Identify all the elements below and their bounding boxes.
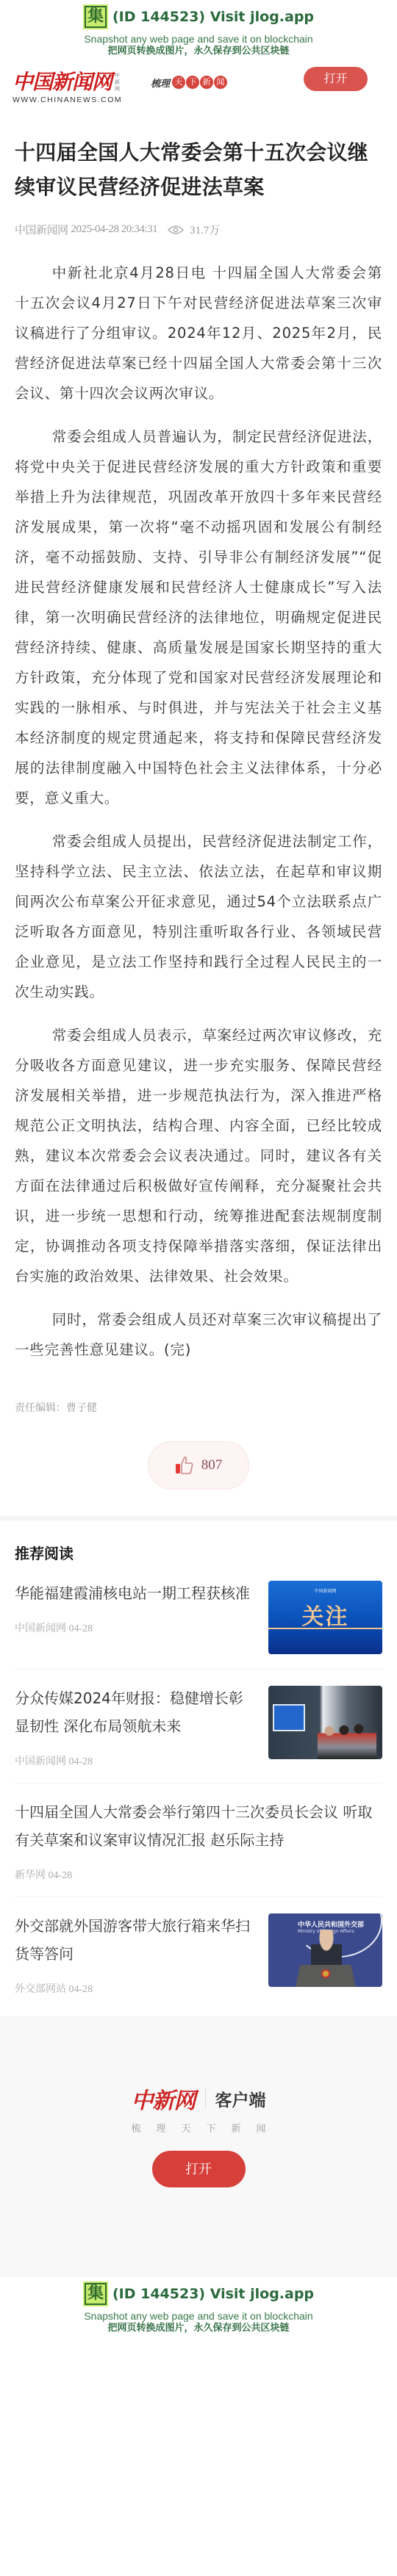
news-source: 中国新闻网 (15, 1623, 66, 1634)
news-item[interactable]: 分众传媒2024年财报：稳健增长彰显韧性 深化布局领航未来 中国新闻网 04-2… (15, 1670, 382, 1783)
footer-logo: 中新网 (132, 2082, 196, 2115)
thumb-cn-text: 中华人民共和国外交部 (298, 1919, 364, 1929)
slogan-char: 闻 (214, 76, 227, 89)
open-app-button-top[interactable]: 打开 (304, 67, 368, 91)
jlog-id-text: (ID 144523) Visit jlog.app (112, 2286, 314, 2302)
slogan-char: 理 (156, 2121, 165, 2135)
slogan-prefix: 梳理 (151, 76, 170, 90)
news-thumbnail[interactable]: 中华人民共和国外交部 Ministry of Foreign Affairs (268, 1913, 382, 1987)
slogan-char: 新 (200, 76, 213, 89)
slogan-char: 天 (181, 2121, 190, 2135)
jlog-cn-text: 把网页转换成图片，永久保存到公共区块链 (0, 45, 397, 57)
news-headline[interactable]: 华能福建霞浦核电站一期工程获核准 (15, 1579, 252, 1607)
eye-icon (168, 225, 184, 235)
jlog-banner-top: 集 (ID 144523) Visit jlog.app Snapshot an… (0, 0, 397, 59)
paragraph: 同时，常委会组成人员还对草案三次审议稿提出了一些完善性意见建议。(完) (15, 1305, 382, 1365)
chinanews-logo[interactable]: 中国新闻网 中新网 WWW.CHINANEWS.COM (12, 71, 130, 104)
footer-app-label: 客户端 (215, 2087, 266, 2111)
jlog-cn-text: 把网页转换成图片，永久保存到公共区块链 (0, 2322, 397, 2334)
section-divider (0, 1516, 397, 1520)
jlog-en-text: Snapshot any web page and save it on blo… (0, 33, 397, 45)
article-meta: 中国新闻网 2025-04-28 20:34:31 31.7万 (15, 222, 382, 237)
article-datetime: 2025-04-28 20:34:31 (71, 223, 158, 236)
news-thumbnail[interactable]: 中国新闻网 关注 (268, 1581, 382, 1654)
thumb-people (318, 1719, 376, 1759)
slogan-char: 梳 (131, 2121, 140, 2135)
article-source: 中国新闻网 (15, 222, 68, 237)
news-meta: 中国新闻网 04-28 (15, 1753, 252, 1768)
open-app-button-bottom[interactable]: 打开 (152, 2151, 246, 2187)
article-body: 中新社北京4月28日电 十四届全国人大常委会第十五次会议4月27日下午对民营经济… (15, 258, 382, 1365)
slogan-char: 下 (186, 76, 199, 89)
paragraph: 常委会组成人员提出，民营经济促进法制定工作，坚持科学立法、民主立法、依法立法，在… (15, 826, 382, 1007)
news-date: 04-28 (69, 1984, 93, 1995)
jlog-badge-icon: 集 (83, 2281, 108, 2306)
like-button[interactable]: 807 (148, 1441, 249, 1490)
thumbs-up-icon (175, 1456, 194, 1475)
national-emblem-icon (321, 1969, 330, 1978)
footer-slogan: 梳 理 天 下 新 闻 (131, 2121, 265, 2135)
article: 十四届全国人大常委会第十五次会议继续审议民营经济促进法草案 中国新闻网 2025… (0, 135, 397, 1415)
slogan-char: 天 (172, 76, 185, 89)
article-title: 十四届全国人大常委会第十五次会议继续审议民营经济促进法草案 (15, 135, 382, 204)
editor-credit: 责任编辑：曹子健 (15, 1400, 382, 1415)
news-thumbnail[interactable] (268, 1686, 382, 1759)
news-date: 04-28 (69, 1623, 93, 1634)
news-item[interactable]: 十四届全国人大常委会举行第四十三次委员长会议 听取有关草案和议案审议情况汇报 赵… (15, 1783, 382, 1897)
thumb-person (311, 1930, 342, 1966)
header-slogan: 梳理 天 下 新 闻 (151, 76, 228, 90)
jlog-badge-icon: 集 (83, 4, 108, 29)
slogan-char: 闻 (257, 2121, 266, 2135)
thumb-logo-text: 中国新闻网 (268, 1587, 382, 1594)
slogan-char: 下 (207, 2121, 216, 2135)
logo-small-text: 中新网 (115, 73, 121, 93)
paragraph: 中新社北京4月28日电 十四届全国人大常委会第十五次会议4月27日下午对民营经济… (15, 258, 382, 408)
news-source: 中国新闻网 (15, 1756, 66, 1767)
jlog-en-text: Snapshot any web page and save it on blo… (0, 2310, 397, 2322)
news-source: 新华网 (15, 1870, 46, 1881)
paragraph: 常委会组成人员表示，草案经过两次审议修改，充分吸收各方面意见建议，进一步充实服务… (15, 1020, 382, 1291)
paragraph: 常委会组成人员普遍认为，制定民营经济促进法，将党中央关于促进民营经济发展的重大方… (15, 422, 382, 813)
news-item[interactable]: 华能福建霞浦核电站一期工程获核准 中国新闻网 04-28 中国新闻网 关注 (15, 1565, 382, 1670)
site-header: 中国新闻网 中新网 WWW.CHINANEWS.COM 梳理 天 下 新 闻 打… (0, 59, 397, 116)
news-meta: 外交部网站 04-28 (15, 1981, 252, 1996)
footer-separator (205, 2088, 206, 2110)
slogan-char: 新 (232, 2121, 241, 2135)
logo-url-text: WWW.CHINANEWS.COM (12, 95, 130, 104)
view-count: 31.7万 (190, 222, 220, 237)
footer-brand: 中新网 客户端 (132, 2082, 266, 2115)
news-item[interactable]: 外交部就外国游客带大旅行箱来华扫货等答问 外交部网站 04-28 中华人民共和国… (15, 1897, 382, 2010)
jlog-banner-bottom: 集 (ID 144523) Visit jlog.app Snapshot an… (0, 2277, 397, 2336)
news-headline[interactable]: 分众传媒2024年财报：稳健增长彰显韧性 深化布局领航未来 (15, 1684, 252, 1740)
news-date: 04-28 (69, 1756, 93, 1767)
thumb-screen (273, 1704, 305, 1731)
thumb-headline-text: 关注 (268, 1598, 382, 1631)
news-date: 04-28 (49, 1870, 73, 1881)
like-count: 807 (201, 1457, 223, 1473)
news-meta: 中国新闻网 04-28 (15, 1620, 252, 1635)
like-section: 807 (0, 1441, 397, 1490)
news-meta: 新华网 04-28 (15, 1867, 382, 1882)
recommended-section: 推荐阅读 华能福建霞浦核电站一期工程获核准 中国新闻网 04-28 中国新闻网 … (0, 1543, 397, 2010)
news-headline[interactable]: 外交部就外国游客带大旅行箱来华扫货等答问 (15, 1912, 252, 1968)
news-source: 外交部网站 (15, 1984, 66, 1995)
news-headline[interactable]: 十四届全国人大常委会举行第四十三次委员长会议 听取有关草案和议案审议情况汇报 赵… (15, 1798, 382, 1854)
thumb-line (268, 1628, 382, 1629)
jlog-id-text: (ID 144523) Visit jlog.app (112, 9, 314, 25)
logo-cn-text: 中国新闻网 (12, 71, 112, 94)
recommended-title: 推荐阅读 (15, 1543, 382, 1565)
app-promo-footer: 中新网 客户端 梳 理 天 下 新 闻 打开 (0, 2016, 397, 2277)
